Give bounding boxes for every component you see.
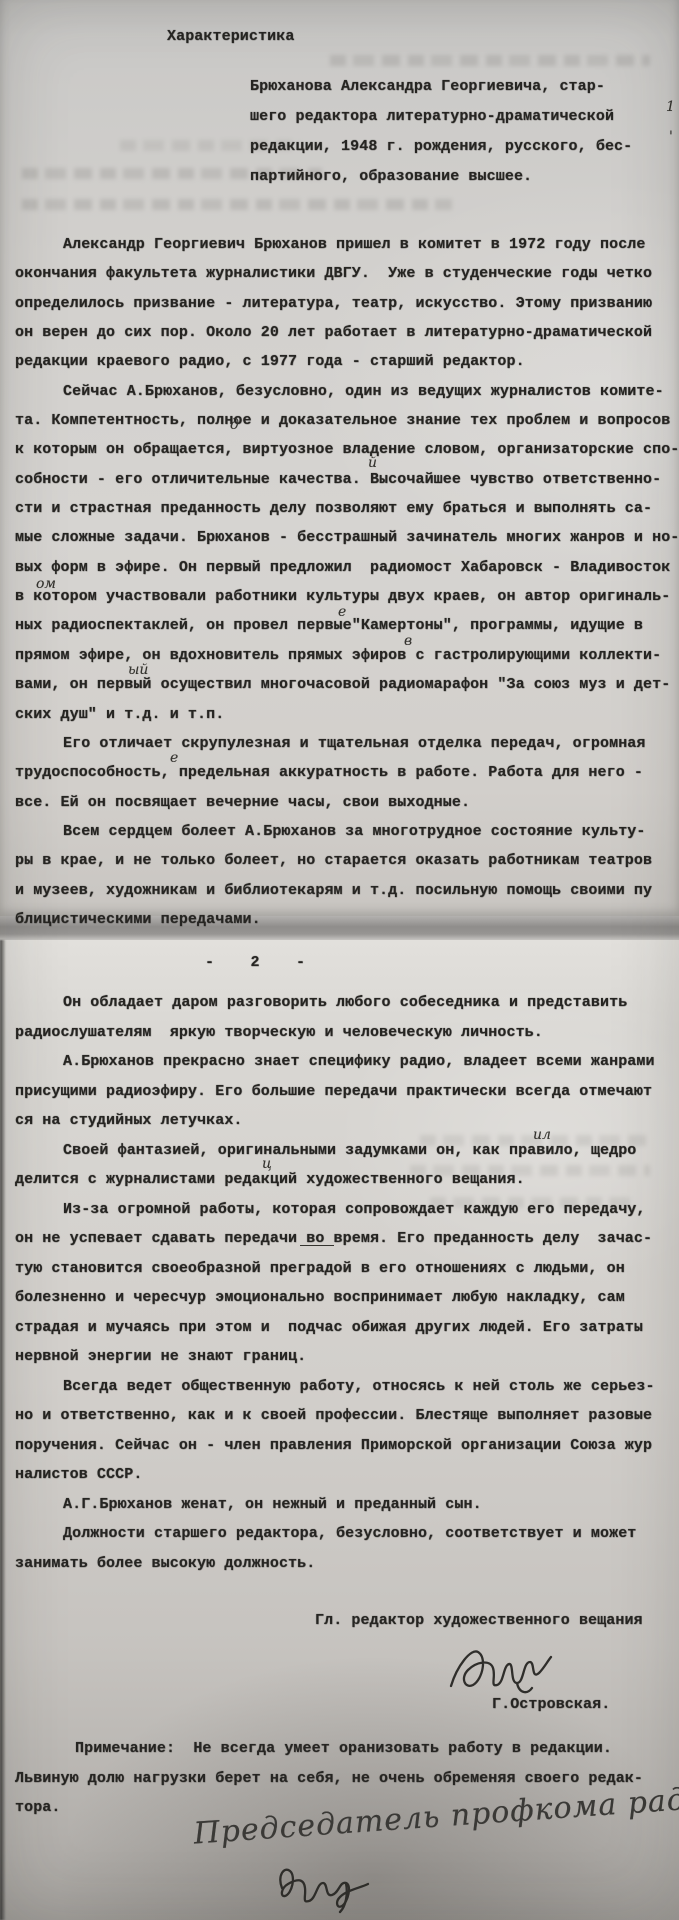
typewritten-line: болезненно и чересчур эмоционально воспр…: [15, 1283, 679, 1313]
typewritten-line: к которым он обращается, виртуозное влад…: [15, 435, 679, 464]
ink-correction-mark: й: [368, 456, 377, 470]
page2-body: Он обладает даром разговорить любого соб…: [15, 988, 679, 1578]
typewritten-line: но и ответственно, как и к своей професс…: [15, 1401, 679, 1431]
page1-body: Александр Георгиевич Брюханов пришел в к…: [15, 230, 679, 934]
ink-correction-mark: е: [170, 751, 178, 765]
ink-correction-mark: ц: [262, 1157, 272, 1171]
typewritten-line: все. Ей он посвящает вечерние часы, свои…: [15, 788, 679, 817]
typewritten-line: ских душ" и т.д. и т.п.: [15, 700, 679, 729]
chairman-signature-icon: [272, 1850, 382, 1914]
typewritten-line: окончания факультета журналистики ДВГУ. …: [15, 259, 679, 288]
typewritten-line: собности - его отличительные качества. В…: [15, 465, 679, 494]
typewritten-line: ся на студийных летучках.: [15, 1106, 679, 1136]
typewritten-line: А.Г.Брюханов женат, он нежный и преданны…: [15, 1490, 679, 1520]
typewritten-line: поручения. Сейчас он - член правления Пр…: [15, 1431, 679, 1461]
typewritten-line: та. Компетентность, полное и доказательн…: [15, 406, 679, 435]
ink-correction-mark: ом: [36, 577, 56, 591]
bleed-through-ghost: [22, 199, 452, 210]
typewritten-line: присущими радиоэфиру. Его большие переда…: [15, 1077, 679, 1107]
typewritten-line: партийного, образование высшее.: [250, 162, 679, 192]
bleed-through-ghost: [330, 55, 650, 66]
ink-correction-mark: в: [404, 634, 412, 648]
typewritten-line: редакции, 1948 г. рождения, русского, бе…: [250, 132, 679, 162]
ink-correction-mark: ый: [128, 663, 148, 677]
typewritten-line: Должности старшего редактора, безусловно…: [15, 1519, 679, 1549]
typewritten-line: вых форм в эфире. Он первый предложил ра…: [15, 553, 679, 582]
typewritten-line: Всем сердцем болеет А.Брюханов за многот…: [15, 817, 679, 846]
typewritten-line: Всегда ведет общественную работу, относя…: [15, 1372, 679, 1402]
typewritten-line: делится с журналистами редакций художест…: [15, 1165, 679, 1195]
typewritten-line: шего редактора литературно-драматической: [250, 102, 679, 132]
document-title: Характеристика: [167, 22, 294, 52]
ink-correction-mark: ил: [533, 1128, 551, 1142]
ink-correction-mark: ': [669, 130, 673, 144]
typewritten-line: нервной энергии не знают границ.: [15, 1342, 679, 1372]
typewritten-line: сти и страстная преданность делу позволя…: [15, 494, 679, 523]
typewritten-line: Сейчас А.Брюханов, безусловно, один из в…: [15, 377, 679, 406]
typewritten-line: ры в крае, и не только болеет, но старае…: [15, 846, 679, 875]
ink-correction-mark: д: [230, 418, 239, 432]
typewritten-line: трудоспособность, предельная аккуратност…: [15, 758, 679, 787]
typewritten-line: он верен до сих пор. Около 20 лет работа…: [15, 318, 679, 347]
typewritten-line: радиослушателям яркую творческую и челов…: [15, 1018, 679, 1048]
ink-correction-mark: 1: [666, 100, 675, 114]
typewritten-line: Он обладает даром разговорить любого соб…: [15, 988, 679, 1018]
typewritten-line: Александр Георгиевич Брюханов пришел в к…: [15, 230, 679, 259]
closing-role-line: Гл. редактор художественного вещания: [315, 1606, 643, 1636]
scanned-document: Характеристика Брюханова Александра Геор…: [0, 0, 679, 1920]
typewritten-line: Примечание: Не всегда умеет оранизовать …: [15, 1734, 679, 1764]
ink-correction-mark: [300, 1242, 334, 1246]
page-number: - 2 -: [205, 948, 305, 978]
typewritten-line: Его отличает скрупулезная и тщательная о…: [15, 729, 679, 758]
typewritten-line: налистов СССР.: [15, 1460, 679, 1490]
typewritten-line: прямом эфире, он вдохновитель прямых эфи…: [15, 641, 679, 670]
ink-correction-mark: е: [338, 605, 346, 619]
typewritten-line: Брюханова Александра Георгиевича, стар-: [250, 72, 679, 102]
typewritten-line: редакции краевого радио, с 1977 года - с…: [15, 347, 679, 376]
typewritten-line: и музеев, художникам и библиотекарям и т…: [15, 876, 679, 905]
closing-name-line: Г.Островская.: [492, 1690, 610, 1720]
typewritten-line: он не успевает сдавать передачи во время…: [15, 1224, 679, 1254]
typewritten-line: мые сложные задачи. Брюханов - бесстрашн…: [15, 523, 679, 552]
typewritten-line: страдая и мучаясь при этом и подчас обиж…: [15, 1313, 679, 1343]
scan-edge-shadow: [0, 940, 6, 1920]
typewritten-line: блицистическими передачами.: [15, 905, 679, 934]
typewritten-line: А.Брюханов прекрасно знает специфику рад…: [15, 1047, 679, 1077]
typewritten-line: определилось призвание - литература, теа…: [15, 289, 679, 318]
typewritten-line: вами, он первый осуществил многочасовой …: [15, 670, 679, 699]
typewritten-line: Из-за огромной работы, которая сопровожд…: [15, 1195, 679, 1225]
subject-intro-block: Брюханова Александра Георгиевича, стар-ш…: [250, 72, 679, 192]
typewritten-line: тую становится своеобразной преградой в …: [15, 1254, 679, 1284]
typewritten-line: в котором участвовали работники культуры…: [15, 582, 679, 611]
typewritten-line: Своей фантазией, оригинальными задумками…: [15, 1136, 679, 1166]
typewritten-line: занимать более высокую должность.: [15, 1549, 679, 1579]
ostrovskaya-signature-icon: [447, 1638, 559, 1694]
typewritten-line: ных радиоспектаклей, он провел первые"Ка…: [15, 611, 679, 640]
